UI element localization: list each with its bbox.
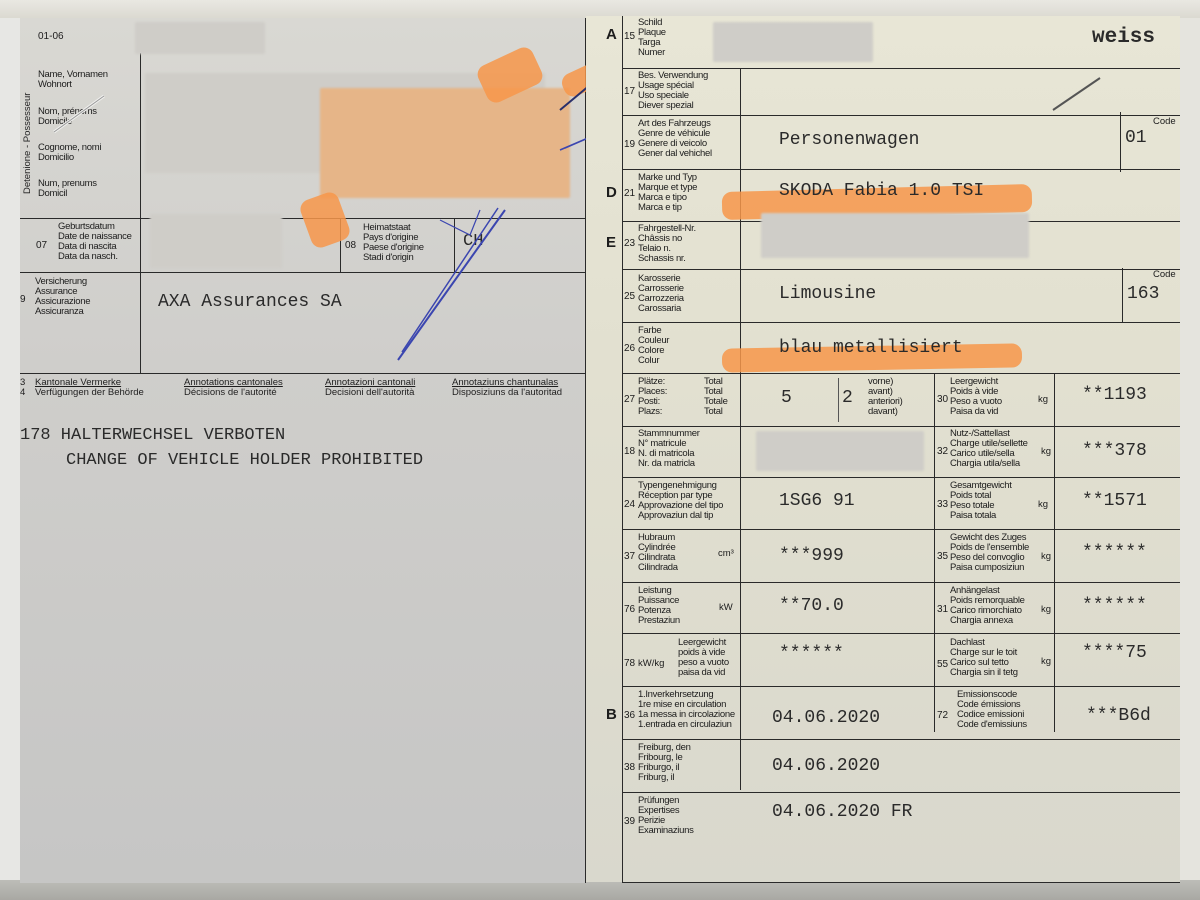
field-76-unit: kW [719, 602, 733, 613]
field-36-number: 36 [624, 710, 635, 721]
origin-field-number: 08 [345, 240, 356, 251]
field-39-number: 39 [624, 816, 635, 827]
remark-line-2: CHANGE OF VEHICLE HOLDER PROHIBITED [66, 451, 423, 470]
field-76-number: 76 [624, 604, 635, 615]
field-27-label-rm: Plazs: [638, 407, 662, 417]
field-38-label-rm: Friburg, il [638, 773, 674, 783]
power-weight-ratio-value: ****** [779, 644, 844, 664]
field-21-label-rm: Marca e tip [638, 203, 682, 213]
annotation-de-2: Verfügungen der Behörde [35, 388, 144, 398]
first-registration-date: 04.06.2020 [772, 708, 880, 728]
vehicle-type-code-label: Code [1153, 116, 1176, 127]
holder-vertical-label: Detenione - Possesseur [22, 93, 33, 194]
field-15-number: 15 [624, 31, 635, 42]
redacted-chassis-number [761, 213, 1029, 258]
form-code: 01-06 [38, 31, 64, 42]
holder-label-de-2: Wohnort [38, 80, 72, 90]
field-78-label-rm: paisa da vid [678, 668, 725, 678]
birth-label-rm: Data da nasch. [58, 252, 118, 262]
empty-weight-value: **1193 [1082, 385, 1147, 405]
vehicle-type-code: 01 [1125, 128, 1147, 148]
field-39-label-rm: Examinaziuns [638, 826, 694, 836]
field-78-unit: kW/kg [638, 658, 664, 669]
field-24-label-rm: Approvaziun dal tip [638, 511, 713, 521]
section-d: D [606, 184, 617, 201]
inspection-value: 04.06.2020 FR [772, 802, 912, 822]
field-23-number: 23 [624, 238, 635, 249]
displacement-value: ***999 [779, 546, 844, 566]
field-31-label-rm: Chargia annexa [950, 616, 1013, 626]
pin-mark-icon [50, 92, 110, 136]
redacted-birthdate [150, 214, 282, 268]
color-value: blau metallisiert [779, 338, 963, 358]
background-right [1180, 18, 1200, 883]
strike-slash-icon [1048, 74, 1108, 114]
field-35-label-rm: Paisa cumposiziun [950, 563, 1024, 573]
field-27-total-rm: Total [704, 407, 723, 417]
field-27-number: 27 [624, 394, 635, 405]
seats-total-value: 5 [781, 388, 792, 408]
field-37-number: 37 [624, 551, 635, 562]
field-25-number: 25 [624, 291, 635, 302]
field-78-number: 78 [624, 658, 635, 669]
annotations-rm: Annotaziuns chantunalas Disposiziuns da … [452, 378, 562, 398]
field-37-label-rm: Cilindrada [638, 563, 678, 573]
field-31-number: 31 [937, 604, 948, 615]
pen-stroke-icon [380, 70, 620, 370]
annotation-fr-2: Décisions de l'autorité [184, 388, 283, 398]
annotations-it: Annotazioni cantonali Decisioni dell'aut… [325, 378, 415, 398]
field-23-label-rm: Schassis nr. [638, 254, 686, 264]
holder-label-rm-2: Domicil [38, 189, 67, 199]
field-30-label-rm: Paisa da vid [950, 407, 998, 417]
type-approval-value: 1SG6 91 [779, 491, 855, 511]
field-31-unit: kg [1041, 604, 1051, 615]
payload-value: ***378 [1082, 441, 1147, 461]
annotation-num-4: 4 [20, 388, 25, 398]
field-33-unit: kg [1038, 499, 1048, 510]
trailer-load-value: ****** [1082, 596, 1147, 616]
field-35-number: 35 [937, 551, 948, 562]
annotations-nums: 3 4 [20, 378, 25, 398]
field-30-number: 30 [937, 394, 948, 405]
right-page-vehicle: A 15 Schild Plaque Targa Numer weiss 17 … [586, 16, 1180, 882]
field-76-label-rm: Prestaziun [638, 616, 680, 626]
seats-front-value: 2 [842, 388, 853, 408]
birth-field-number: 07 [36, 240, 47, 251]
field-15-label-rm: Numer [638, 48, 665, 58]
power-value: **70.0 [779, 596, 844, 616]
emission-code-value: ***B6d [1086, 706, 1151, 726]
field-19-number: 19 [624, 139, 635, 150]
field-55-number: 55 [937, 659, 948, 670]
field-17-label-rm: Diever spezial [638, 101, 693, 111]
field-24-number: 24 [624, 499, 635, 510]
vehicle-type-value: Personenwagen [779, 130, 919, 150]
roof-load-value: ****75 [1082, 643, 1147, 663]
redacted-plate-number [713, 22, 873, 62]
field-33-label-rm: Paisa totala [950, 511, 996, 521]
field-26-label-rm: Colur [638, 356, 659, 366]
section-e: E [606, 234, 616, 251]
insurance-label-rm: Assicuranza [35, 307, 83, 317]
insurance-field-number: 9 [20, 294, 26, 305]
holder-label-it-2: Domicilio [38, 153, 74, 163]
background-left [0, 18, 22, 883]
annotation-rm-2: Disposiziuns da l'autoritad [452, 388, 562, 398]
background-bottom [0, 880, 1200, 900]
field-32-number: 32 [937, 446, 948, 457]
front-label-rm: davant) [868, 407, 898, 417]
field-30-unit: kg [1038, 394, 1048, 405]
field-32-unit: kg [1041, 446, 1051, 457]
redacted-master-number [756, 431, 924, 471]
field-72-label-rm: Code d'emissiuns [957, 720, 1027, 730]
field-72-number: 72 [937, 710, 948, 721]
field-37-unit: cm³ [718, 548, 734, 559]
annotations-fr: Annotations cantonales Décisions de l'au… [184, 378, 283, 398]
plate-color-value: weiss [1092, 26, 1155, 49]
field-55-unit: kg [1041, 656, 1051, 667]
train-weight-value: ****** [1082, 543, 1147, 563]
total-weight-value: **1571 [1082, 491, 1147, 511]
redacted-top-field [135, 22, 265, 54]
body-type-value: Limousine [779, 284, 876, 304]
field-25-label-rm: Carossaria [638, 304, 681, 314]
body-code-value: 163 [1127, 284, 1159, 304]
insurance-value: AXA Assurances SA [158, 292, 342, 312]
section-b: B [606, 706, 617, 723]
field-18-label-rm: Nr. da matricla [638, 459, 695, 469]
issue-date-value: 04.06.2020 [772, 756, 880, 776]
field-55-label-rm: Chargia sin il tetg [950, 668, 1018, 678]
field-19-label-rm: Gener dal vehichel [638, 149, 712, 159]
field-32-label-rm: Chargia utila/sella [950, 459, 1020, 469]
annotation-it-2: Decisioni dell'autorità [325, 388, 415, 398]
field-17-number: 17 [624, 86, 635, 97]
field-35-unit: kg [1041, 551, 1051, 562]
body-code-label: Code [1153, 269, 1176, 280]
field-21-number: 21 [624, 188, 635, 199]
remark-line-1: 178 HALTERWECHSEL VERBOTEN [20, 426, 285, 445]
section-a: A [606, 26, 617, 43]
field-38-number: 38 [624, 762, 635, 773]
field-18-number: 18 [624, 446, 635, 457]
field-26-number: 26 [624, 343, 635, 354]
field-33-number: 33 [937, 499, 948, 510]
annotations-de: Kantonale Vermerke Verfügungen der Behör… [35, 378, 144, 398]
make-model-value: SKODA Fabia 1.0 TSI [779, 181, 984, 201]
field-36-label-rm: 1.entrada en circulaziun [638, 720, 732, 730]
